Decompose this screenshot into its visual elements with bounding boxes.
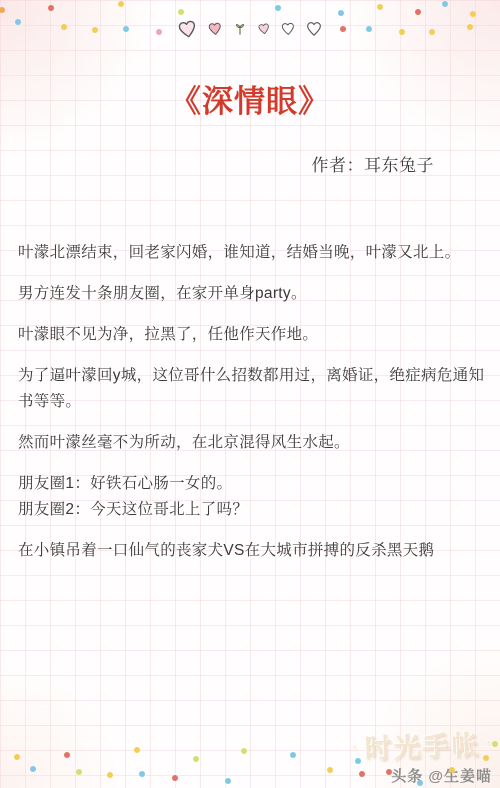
confetti-dot <box>492 741 498 747</box>
confetti-dot <box>225 778 231 784</box>
synopsis: 叶濛北漂结束，回老家闪婚，谁知道，结婚当晚，叶濛又北上。男方连发十条朋友圈，在家… <box>18 240 486 579</box>
confetti-dot <box>338 10 344 16</box>
confetti-dot <box>386 769 392 775</box>
confetti-dot <box>178 9 184 15</box>
confetti-dot <box>193 756 199 762</box>
confetti-dot <box>61 24 67 30</box>
hearts-decoration-row <box>0 16 500 42</box>
confetti-dot <box>64 752 70 758</box>
confetti-dot <box>48 5 54 11</box>
confetti-dot <box>483 755 489 761</box>
confetti-dot <box>442 1 448 7</box>
confetti-dot <box>399 29 405 35</box>
confetti-dot <box>241 748 247 754</box>
synopsis-paragraph: 叶濛眼不见为净，拉黑了，任他作天作地。 <box>18 322 486 348</box>
confetti-dot <box>30 766 36 772</box>
watermark-left-mark: · <box>352 741 358 753</box>
page: 《深情眼》 作者：耳东兔子 叶濛北漂结束，回老家闪婚，谁知道，结婚当晚，叶濛又北… <box>0 0 500 788</box>
confetti-dot <box>275 5 281 11</box>
confetti-dot <box>415 9 421 15</box>
confetti-dot <box>134 747 140 753</box>
synopsis-paragraph: 然而叶濛丝毫不为所动，在北京混得风生水起。 <box>18 430 486 456</box>
page-title: 《深情眼》 <box>0 76 500 121</box>
synopsis-paragraph: 叶濛北漂结束，回老家闪婚，谁知道，结婚当晚，叶濛又北上。 <box>18 240 486 266</box>
confetti-dot <box>92 27 98 33</box>
confetti-dot <box>355 758 361 764</box>
confetti-dot <box>15 19 21 25</box>
synopsis-paragraph: 朋友圈1：好铁石心肠一女的。 <box>18 471 486 497</box>
synopsis-paragraph: 为了逼叶濛回y城，这位哥什么招数都用过，离婚证，绝症病危通知书等等。 <box>18 363 486 415</box>
confetti-dot <box>290 752 296 758</box>
confetti-dot <box>449 767 455 773</box>
confetti-dot <box>377 4 383 10</box>
heart-icon <box>257 22 271 36</box>
author-line: 作者：耳东兔子 <box>312 151 435 176</box>
confetti-dot <box>118 1 124 7</box>
confetti-dot <box>14 754 20 760</box>
confetti-dot <box>340 26 346 32</box>
confetti-dot <box>76 769 82 775</box>
confetti-dot <box>327 767 333 773</box>
confetti-dot <box>107 772 113 778</box>
heart-icon <box>176 18 198 40</box>
confetti-dot <box>156 29 162 35</box>
confetti-dot <box>359 771 365 777</box>
watermark: · 时光手帐 · <box>352 723 493 767</box>
confetti-dot <box>417 780 423 786</box>
confetti-dot <box>0 7 5 13</box>
confetti-dot <box>429 29 435 35</box>
watermark-text: 时光手帐 <box>364 723 481 766</box>
synopsis-paragraph: 朋友圈2：今天这位哥北上了吗？ <box>18 497 486 523</box>
sprout-icon <box>233 22 247 36</box>
confetti-dot <box>139 771 145 777</box>
synopsis-paragraph: 男方连发十条朋友圈，在家开单身party。 <box>18 281 486 307</box>
heart-icon <box>281 22 296 37</box>
confetti-dot <box>172 775 178 781</box>
heart-icon <box>207 21 222 36</box>
confetti-dot <box>366 26 372 32</box>
heart-icon <box>306 21 322 37</box>
confetti-dot <box>123 26 129 32</box>
synopsis-paragraph: 在小镇吊着一口仙气的丧家犬VS在大城市拼搏的反杀黑天鹅 <box>18 538 486 564</box>
confetti-dot <box>467 24 473 30</box>
confetti-dot <box>470 11 476 17</box>
credit-line: 头条 @生姜喵 <box>391 765 492 786</box>
